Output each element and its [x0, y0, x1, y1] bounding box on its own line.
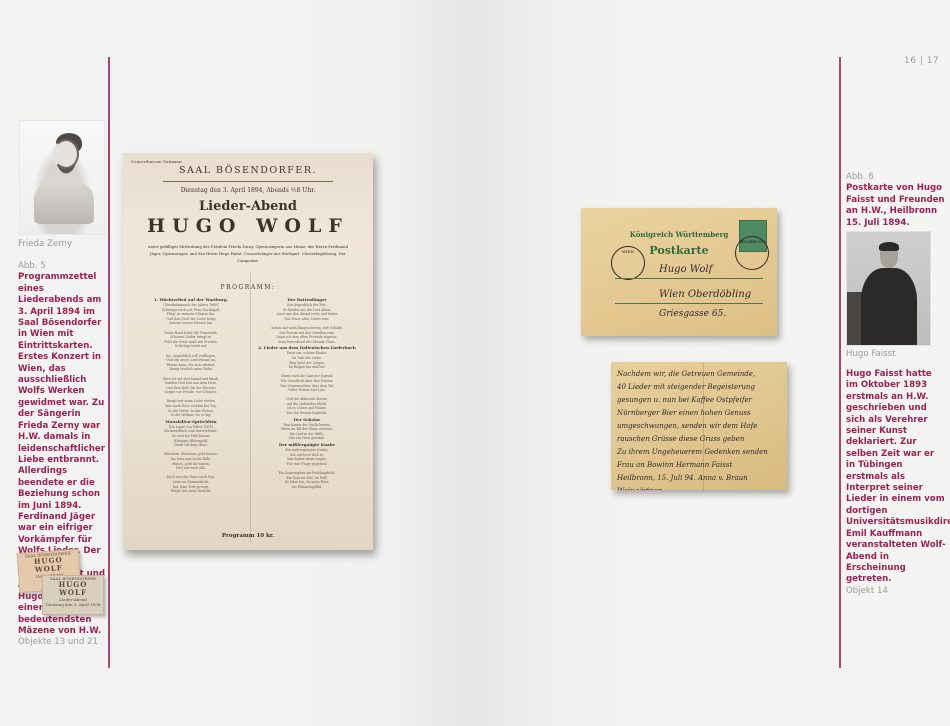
figure-title: Postkarte von Hugo Faisst und Freunden a… [846, 183, 946, 229]
composer-name: HUGO WOLF [123, 215, 373, 237]
street: Griesgasse 65. [659, 309, 726, 319]
ticket: SAAL BÖSENDORFER HUGO WOLF Lieder-Abend … [42, 575, 104, 615]
postcard-front: WIEN HEILBRONN Königreich Württemberg Po… [581, 208, 777, 336]
admission-tickets-image: SAAL BÖSENDORFER HUGO WOLF Lieder-Abend … [14, 545, 104, 625]
portrait-caption-hugo: Hugo Faisst [846, 349, 896, 360]
portrait-frieda-zerny [19, 120, 105, 235]
right-margin-rule [839, 57, 841, 668]
performers: unter gefälliger Mitwirkung des Fräulein… [143, 243, 353, 264]
figure-label: Abb. 5 [18, 261, 106, 272]
hugo-faisst-description: Hugo Faisst hatte im Oktober 1893 erstma… [846, 369, 946, 597]
date-line: Dienstag den 3. April 1894, Abends ½8 Uh… [123, 187, 373, 194]
figure-label: Abb. 6 [846, 172, 946, 183]
page-numbers: 16 | 17 [904, 56, 939, 66]
venue: SAAL BÖSENDORFER. [123, 165, 373, 176]
postcard-type: Postkarte [581, 244, 777, 257]
description-text: Hugo Faisst hatte im Oktober 1893 erstma… [846, 369, 946, 586]
program-heading: PROGRAMM: [123, 284, 373, 291]
figure-6-caption: Abb. 6 Postkarte von Hugo Faisst und Fre… [846, 172, 946, 229]
postcard-back-handwriting: Nachdem wir, die Getreuen Gemeinde, 40 L… [611, 362, 787, 490]
concert-program-sheet: Concertbureau Gutmann SAAL BÖSENDORFER. … [123, 153, 373, 550]
recipient: Hugo Wolf [659, 264, 712, 275]
portrait-caption-frieda: Frieda Zerny [18, 239, 72, 250]
left-margin-rule [108, 57, 110, 668]
program-right-column: Der Rattenfänger Ein Augenblick der Zeit… [257, 296, 357, 489]
price-line: Programm 10 kr. [123, 533, 373, 539]
divider [163, 181, 333, 182]
postcard-issuer: Königreich Württemberg [581, 230, 777, 239]
objects-reference: Objekte 13 und 21 [18, 637, 106, 648]
city: Wien Oberdöbling [659, 289, 751, 300]
objects-reference: Objekt 14 [846, 586, 946, 597]
portrait-hugo-faisst [846, 231, 931, 346]
corner-note: Concertbureau Gutmann [131, 159, 182, 164]
program-left-column: 1. Wächterlied auf der Wartburg. [Musika… [141, 296, 241, 494]
event-title: Lieder-Abend [123, 199, 373, 214]
